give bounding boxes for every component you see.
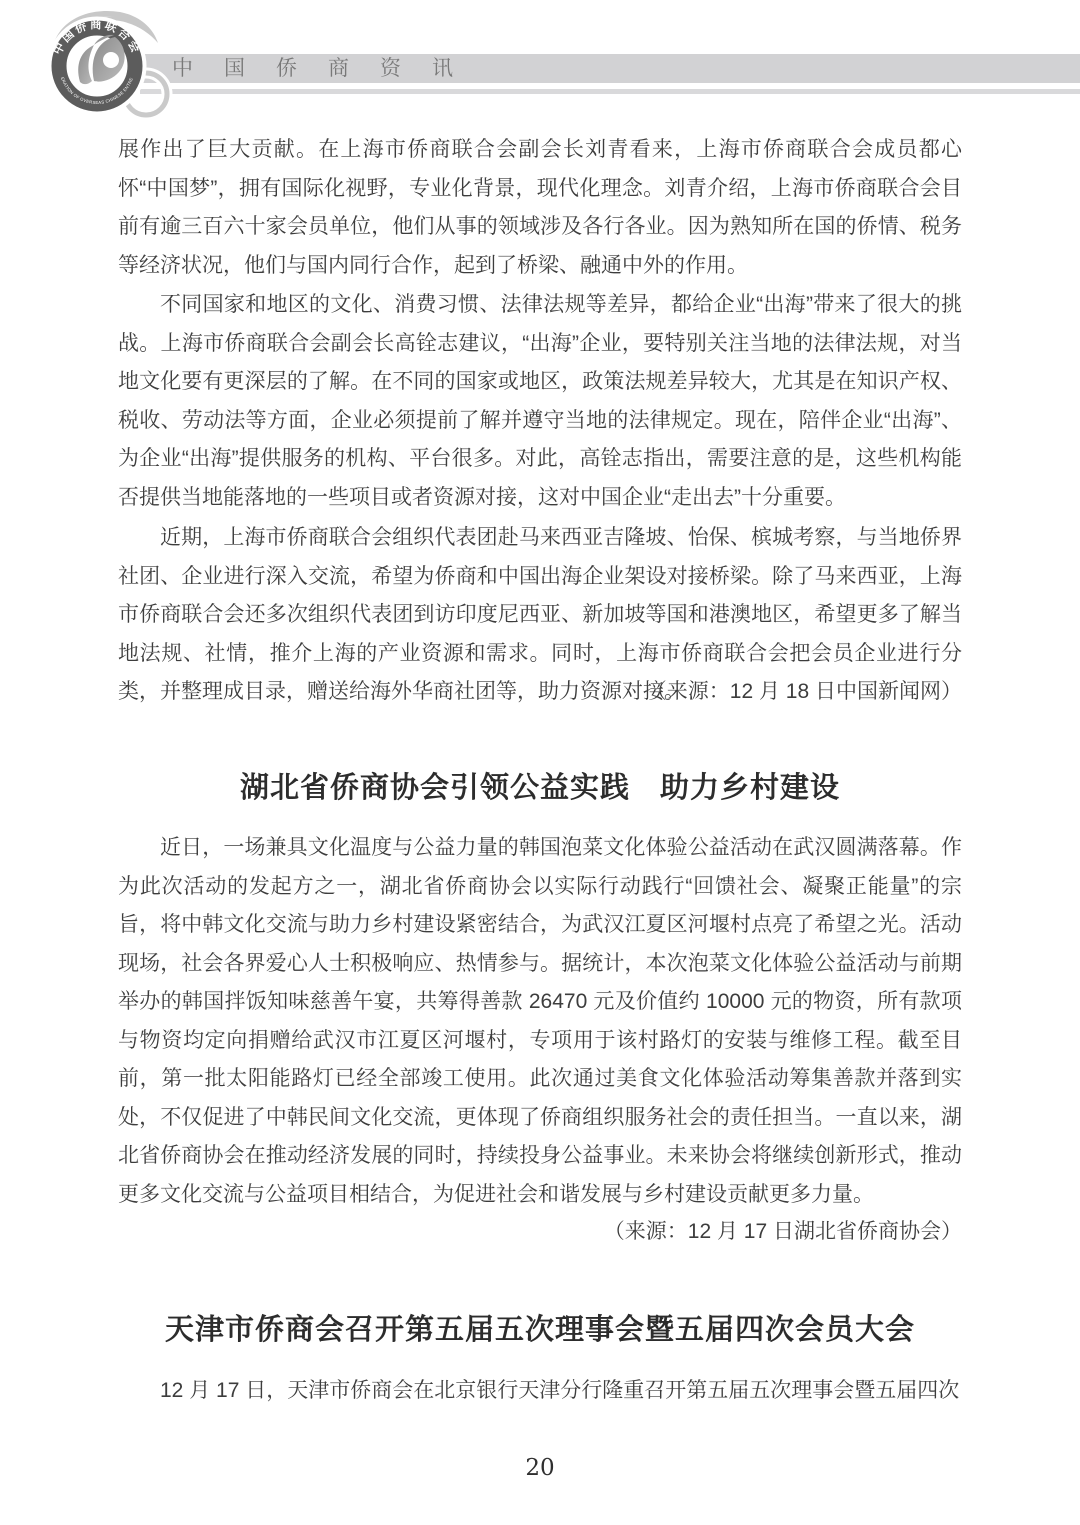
article-title-hubei: 湖北省侨商协会引领公益实践 助力乡村建设 — [118, 766, 962, 810]
logo-seal-icon: 中国侨商联合会 CHINA FEDERATION OF OVERSEAS CHI… — [30, 2, 180, 130]
source-citation-shanghai: （来源：12 月 18 日中国新闻网） — [118, 673, 962, 712]
article-title-tianjin: 天津市侨商会召开第五届五次理事会暨五届四次会员大会 — [118, 1308, 962, 1352]
header-underline — [140, 89, 1080, 94]
masthead-title: 中国侨商资讯 — [172, 54, 484, 83]
federation-logo: 中国侨商联合会 CHINA FEDERATION OF OVERSEAS CHI… — [30, 2, 180, 135]
paragraph-hubei: 近日，一场兼具文化温度与公益力量的韩国泡菜文化体验公益活动在武汉圆满落幕。作为此… — [118, 829, 962, 1214]
page-number: 20 — [0, 1455, 1080, 1481]
paragraph-shanghai-1: 展作出了巨大贡献。在上海市侨商联合会副会长刘青看来，上海市侨商联合会成员都心怀“… — [118, 131, 962, 285]
paragraph-shanghai-2: 不同国家和地区的文化、消费习惯、法律法规等差异，都给企业“出海”带来了很大的挑战… — [118, 286, 962, 517]
source-citation-hubei: （来源：12 月 17 日湖北省侨商协会） — [118, 1213, 962, 1252]
document-page: 中国侨商资讯 中国侨商联合会 — [0, 0, 1080, 1525]
paragraph-tianjin: 12 月 17 日，天津市侨商会在北京银行天津分行隆重召开第五届五次理事会暨五届… — [118, 1372, 962, 1411]
